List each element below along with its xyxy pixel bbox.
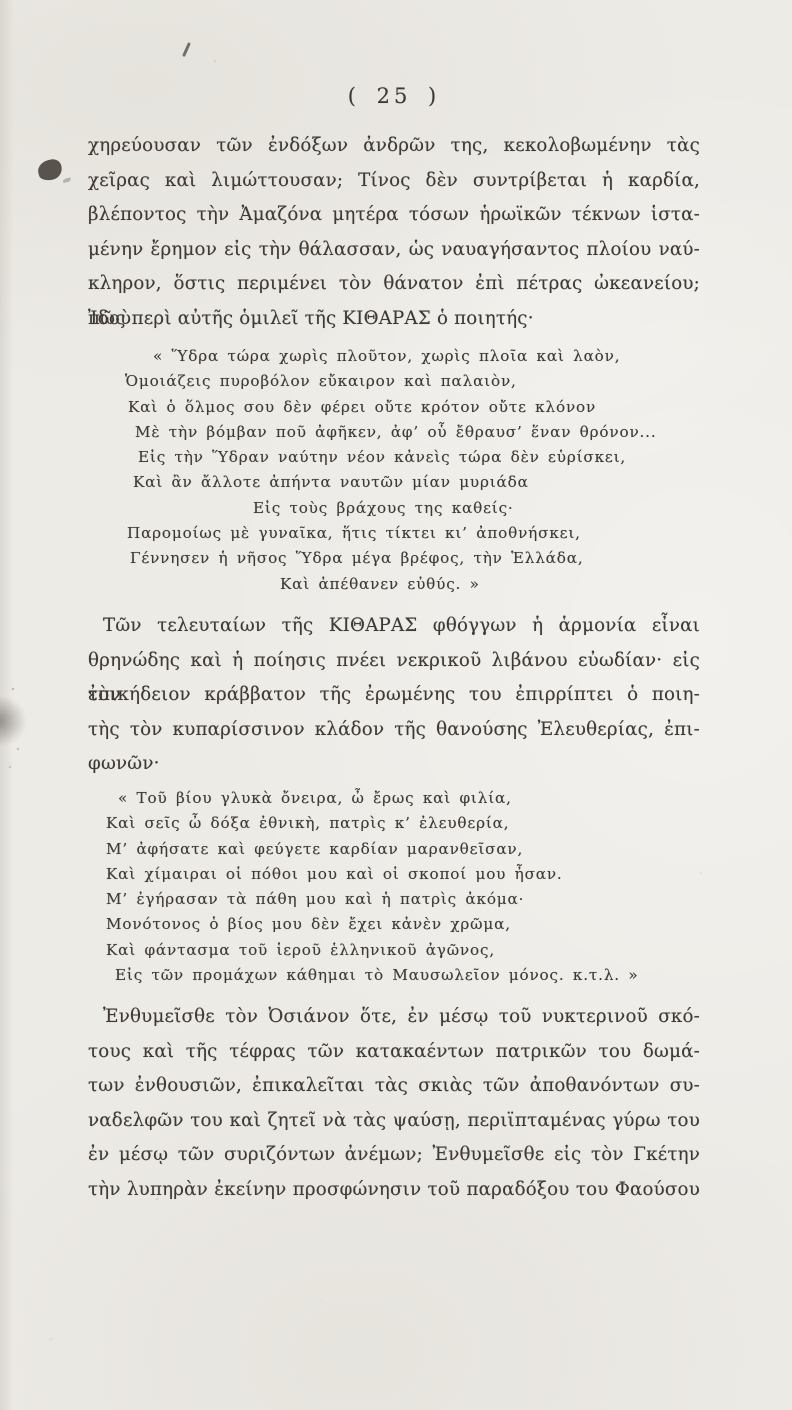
verse-line: « Τοῦ βίου γλυκὰ ὄνειρα, ὦ ἔρως καὶ φιλί… [118, 786, 638, 811]
text-line: χηρεύουσαν τῶν ἐνδόξων ἀνδρῶν της, κεκολ… [88, 129, 700, 164]
verse-line: Μονότονος ὁ βίος μου δὲν ἔχει κἀνὲν χρῶμ… [106, 912, 638, 937]
paragraph-2: Τῶν τελευταίων τῆς ΚΙΘΑΡΑΣ φθόγγων ἡ ἁρμ… [88, 609, 700, 782]
text-line: φωνῶν· [88, 747, 700, 782]
verse-line: Παρομοίως μὲ γυναῖκα, ἥτις τίκτει κι’ ἀπ… [127, 521, 657, 546]
paragraph-3: Ἐνθυμεῖσθε τὸν Ὀσιάνον ὅτε, ἐν μέσῳ τοῦ … [88, 1000, 700, 1207]
text-line: ἐν μέσῳ τῶν συριζόντων ἀνέμων; Ἐνθυμεῖσθ… [88, 1138, 700, 1173]
verse-line: Μ’ ἀφήσατε καὶ φεύγετε καρδίαν μαρανθεῖσ… [106, 837, 638, 862]
paper-speckles [0, 0, 2, 2]
scanned-book-page: ( 25 ) χηρεύουσαν τῶν ἐνδόξων ἀνδρῶν της… [0, 0, 792, 1410]
text-line: βλέποντος τὴν Ἀμαζόνα μητέρα τόσων ἡρωϊκ… [88, 198, 700, 233]
paragraph-1: χηρεύουσαν τῶν ἐνδόξων ἀνδρῶν της, κεκολ… [88, 129, 700, 336]
text-line: θρηνώδης καὶ ἡ ποίησις πνέει νεκρικοῦ λι… [88, 644, 700, 679]
text-line: πῶς περὶ αὐτῆς ὁμιλεῖ τῆς ΚΙΘΑΡΑΣ ὁ ποιη… [88, 302, 700, 337]
ink-blot-mark [36, 157, 64, 182]
text-line: Τῶν τελευταίων τῆς ΚΙΘΑΡΑΣ φθόγγων ἡ ἁρμ… [88, 609, 700, 644]
verse-line: Γέννησεν ἡ νῆσος Ὕδρα μέγα βρέφος, τὴν Ἑ… [130, 546, 657, 571]
text-line: ἐπικήδειον κράββατον τῆς ἐρωμένης του ἐπ… [88, 678, 700, 713]
verse-line: Μ’ ἐγήρασαν τὰ πάθη μου καὶ ἡ πατρὶς ἀκό… [106, 887, 638, 912]
verse-line: Καὶ σεῖς ὦ δόξα ἐθνικὴ, πατρὶς κ’ ἐλευθε… [106, 811, 638, 836]
text-line: χεῖρας καὶ λιμώττουσαν; Τίνος δὲν συντρί… [88, 164, 700, 199]
poem-quote-2: « Τοῦ βίου γλυκὰ ὄνειρα, ὦ ἔρως καὶ φιλί… [106, 786, 638, 988]
text-line: των ἐνθουσιῶν, ἐπικαλεῖται τὰς σκιὰς τῶν… [88, 1069, 700, 1104]
page-number: ( 25 ) [88, 79, 700, 113]
text-line: τὴν λυπηρὰν ἐκείνην προσφώνησιν τοῦ παρα… [88, 1173, 700, 1208]
verse-line: Καὶ ἂν ἄλλοτε ἀπήντα ναυτῶν μίαν μυριάδα [133, 470, 657, 495]
verse-line: Ὁμοιάζεις πυροβόλον εὔκαιρον καὶ παλαιὸν… [125, 369, 657, 394]
text-line: κληρον, ὅστις περιμένει τὸν θάνατον ἐπὶ … [88, 267, 700, 302]
text-line: μένην ἔρημον εἰς τὴν θάλασσαν, ὡς ναυαγή… [88, 233, 700, 268]
verse-line: « Ὕδρα τώρα χωρὶς πλοῦτον, χωρὶς πλοῖα κ… [153, 344, 657, 369]
text-line: τους καὶ τῆς τέφρας τῶν κατακαέντων πατρ… [88, 1035, 700, 1070]
verse-line: Εἰς τῶν προμάχων κάθημαι τὸ Μαυσωλεῖον μ… [115, 963, 638, 988]
verse-line: Καὶ ἀπέθανεν εὐθύς. » [280, 572, 657, 597]
text-line: Ἐνθυμεῖσθε τὸν Ὀσιάνον ὅτε, ἐν μέσῳ τοῦ … [88, 1000, 700, 1035]
slash-mark [182, 42, 190, 57]
verse-line: Καὶ χίμαιραι οἱ πόθοι μου καὶ οἱ σκοποί … [106, 862, 638, 887]
verse-line: Μὲ τὴν βόμβαν ποῦ ἀφῆκεν, ἀφ’ οὗ ἔθραυσ’… [135, 420, 657, 445]
edge-smudge [0, 696, 26, 746]
text-line: ναδελφῶν του καὶ ζητεῖ νὰ τὰς ψαύσῃ, περ… [88, 1104, 700, 1139]
poem-quote-1: « Ὕδρα τώρα χωρὶς πλοῦτον, χωρὶς πλοῖα κ… [125, 344, 657, 597]
verse-line: Εἰς τὴν Ὕδραν ναύτην νέον κἀνεὶς τώρα δὲ… [138, 445, 657, 470]
text-line: τὴς τὸν κυπαρίσσινον κλάδον τῆς θανούσης… [88, 713, 700, 748]
verse-line: Καὶ ὁ ὅλμος σου δὲν φέρει οὔτε κρότον οὔ… [128, 395, 657, 420]
verse-line: Καὶ φάντασμα τοῦ ἱεροῦ ἑλληνικοῦ ἀγῶνος, [106, 938, 638, 963]
verse-line: Εἰς τοὺς βράχους της καθείς· [253, 496, 657, 521]
